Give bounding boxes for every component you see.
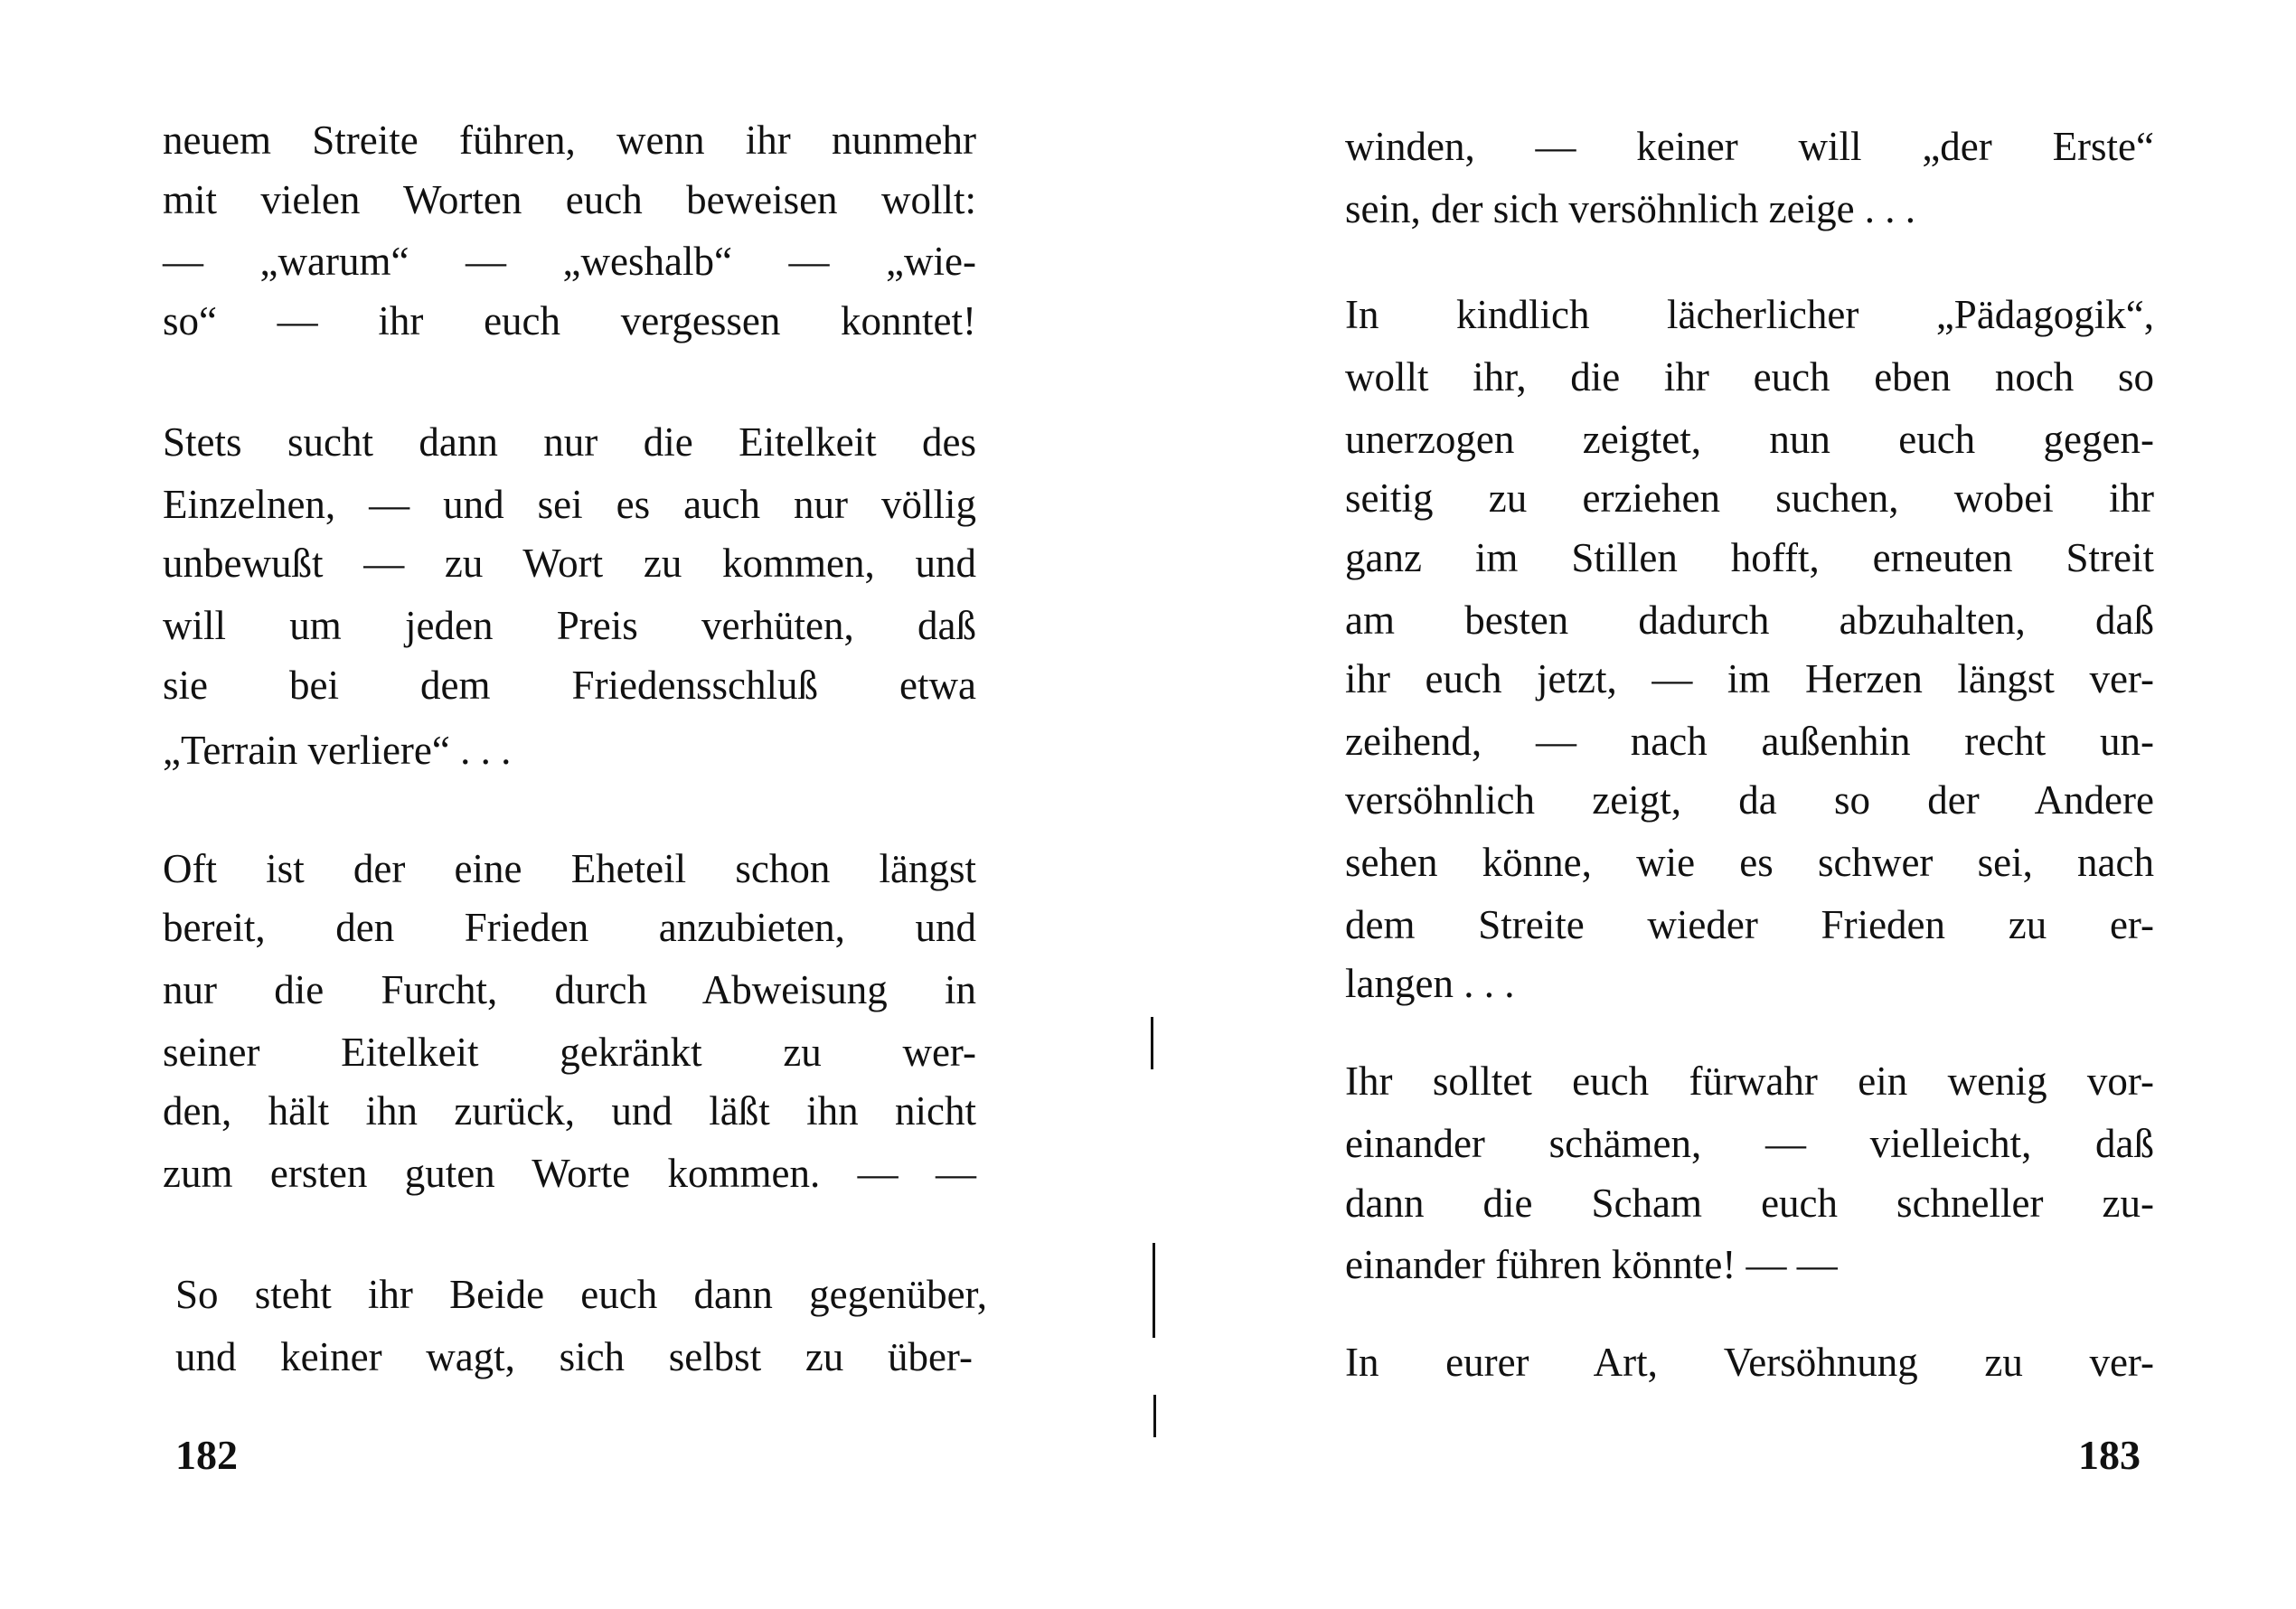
gutter-mark bbox=[1153, 1243, 1155, 1338]
text-line: dann die Scham euch schneller zu- bbox=[1345, 1176, 2154, 1230]
gutter-mark bbox=[1151, 1017, 1153, 1069]
text-line: In kindlich lächerlicher „Pädagogik“, bbox=[1345, 287, 2154, 342]
left-page: neuem Streite führen, wenn ihr nunmehr m… bbox=[163, 0, 976, 1609]
text-line: und keiner wagt, sich selbst zu über- bbox=[175, 1330, 973, 1384]
text-line: winden, — keiner will „der Erste“ bbox=[1345, 119, 2154, 174]
gutter-mark bbox=[1153, 1395, 1156, 1437]
text-line: versöhnlich zeigt, da so der Andere bbox=[1345, 773, 2154, 827]
text-line: sehen könne, wie es schwer sei, nach bbox=[1345, 835, 2154, 889]
text-line: nur die Furcht, durch Abweisung in bbox=[163, 963, 976, 1017]
text-line: seiner Eitelkeit gekränkt zu wer- bbox=[163, 1025, 976, 1079]
text-line: seitig zu erziehen suchen, wobei ihr bbox=[1345, 471, 2154, 525]
text-line: unbewußt — zu Wort zu kommen, und bbox=[163, 536, 976, 590]
text-line: Oft ist der eine Eheteil schon längst bbox=[163, 842, 976, 896]
text-line: ihr euch jetzt, — im Herzen längst ver- bbox=[1345, 652, 2154, 706]
text-line: so“ — ihr euch vergessen konntet! bbox=[163, 294, 976, 348]
text-line: wollt ihr, die ihr euch eben noch so bbox=[1345, 350, 2154, 404]
text-line: einander schämen, — vielleicht, daß bbox=[1345, 1116, 2154, 1171]
right-page: winden, — keiner will „der Erste“ sein, … bbox=[1345, 0, 2154, 1609]
text-line: neuem Streite führen, wenn ihr nunmehr bbox=[163, 113, 976, 167]
text-line: ganz im Stillen hofft, erneuten Streit bbox=[1345, 531, 2154, 585]
book-spread: neuem Streite führen, wenn ihr nunmehr m… bbox=[0, 0, 2296, 1609]
text-line: In eurer Art, Versöhnung zu ver- bbox=[1345, 1335, 2154, 1389]
page-number-left: 182 bbox=[175, 1433, 238, 1478]
text-line: zum ersten guten Worte kommen. — — bbox=[163, 1146, 976, 1200]
text-line: sein, der sich versöhnlich zeige . . . bbox=[1345, 182, 1915, 236]
text-line: So steht ihr Beide euch dann gegenüber, bbox=[175, 1267, 987, 1322]
text-line: „Terrain verliere“ . . . bbox=[163, 723, 511, 777]
text-line: — „warum“ — „weshalb“ — „wie- bbox=[163, 234, 976, 288]
text-line: unerzogen zeigtet, nun euch gegen- bbox=[1345, 412, 2154, 466]
text-line: Ihr solltet euch fürwahr ein wenig vor- bbox=[1345, 1054, 2154, 1108]
text-line: zeihend, — nach außenhin recht un- bbox=[1345, 714, 2154, 768]
text-line: den, hält ihn zurück, und läßt ihn nicht bbox=[163, 1084, 976, 1138]
page-number-right: 183 bbox=[2078, 1433, 2141, 1478]
text-line: will um jeden Preis verhüten, daß bbox=[163, 598, 976, 653]
text-line: einander führen könnte! — — bbox=[1345, 1237, 1838, 1292]
text-line: dem Streite wieder Frieden zu er- bbox=[1345, 898, 2154, 952]
text-line: sie bei dem Friedensschluß etwa bbox=[163, 658, 976, 712]
text-line: am besten dadurch abzuhalten, daß bbox=[1345, 593, 2154, 647]
text-line: langen . . . bbox=[1345, 956, 1514, 1011]
text-line: Einzelnen, — und sei es auch nur völlig bbox=[163, 477, 976, 532]
text-line: Stets sucht dann nur die Eitelkeit des bbox=[163, 415, 976, 469]
text-line: mit vielen Worten euch beweisen wollt: bbox=[163, 173, 976, 227]
text-line: bereit, den Frieden anzubieten, und bbox=[163, 900, 976, 955]
